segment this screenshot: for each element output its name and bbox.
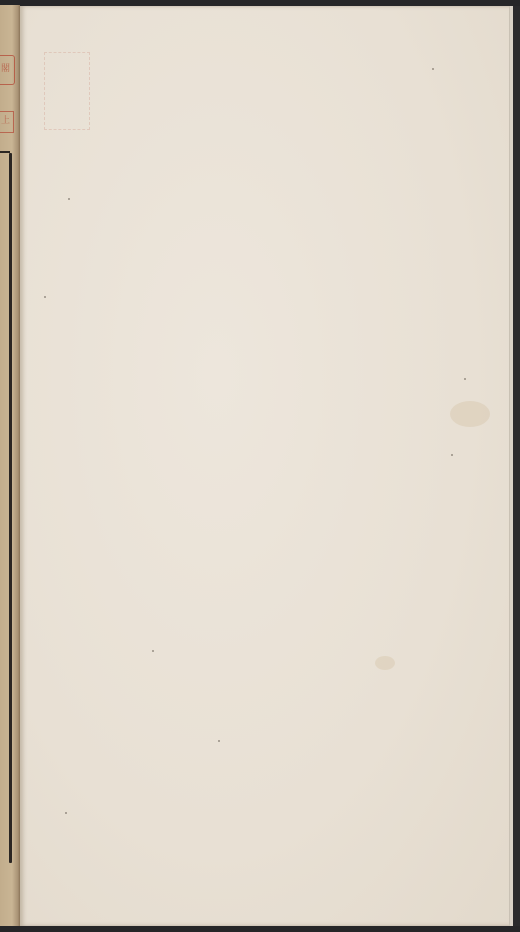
seal-stamp-icon: 閣: [0, 55, 15, 85]
blank-page: [20, 6, 513, 926]
paper-speck: [152, 650, 154, 652]
seal-stamp-icon: 上: [0, 111, 14, 133]
seal-character: 閣: [1, 64, 10, 74]
faded-seal-impression: [44, 52, 90, 130]
seal-character: 上: [1, 116, 10, 126]
paper-speck: [464, 378, 466, 380]
scan-bottom-edge: [0, 926, 520, 932]
paper-speck: [44, 296, 46, 298]
paper-speck: [451, 454, 453, 456]
adjacent-page-margin: 閣 上: [0, 5, 20, 927]
margin-rule-line: [9, 153, 12, 863]
paper-stain: [450, 401, 490, 427]
paper-speck: [218, 740, 220, 742]
paper-speck: [432, 68, 434, 70]
page-fore-edge: [509, 6, 513, 926]
paper-speck: [68, 198, 70, 200]
paper-stain: [375, 656, 395, 670]
paper-speck: [65, 812, 67, 814]
